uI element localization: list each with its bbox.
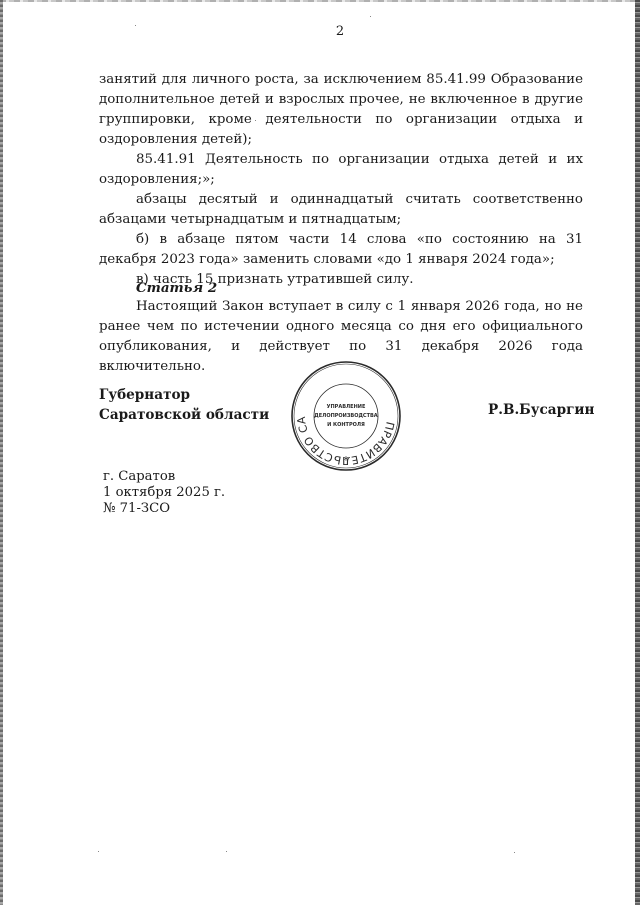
scan-edge-top (0, 0, 640, 2)
seal-star-icon: * (343, 454, 349, 467)
signatory-position: Губернатор Саратовской области (99, 385, 269, 425)
signatory-region: Саратовской области (99, 405, 269, 425)
scan-speck (514, 852, 515, 853)
seal-center-line3: И КОНТРОЛЯ (327, 422, 365, 428)
seal-icon: ПРАВИТЕЛЬСТВО САРАТОВСКОЙ ОБЛАСТИ УПРАВЛ… (290, 360, 402, 472)
scan-edge-right (635, 0, 640, 905)
scan-speck (98, 851, 99, 852)
scan-edge-left (0, 0, 3, 905)
page-number: 2 (0, 24, 640, 39)
signatory-name: Р.В.Бусаргин (488, 402, 594, 418)
scan-speck (255, 120, 256, 121)
document-date: 1 октября 2025 г. (103, 485, 225, 501)
document-number: № 71-ЗСО (103, 501, 225, 517)
scan-speck (226, 851, 227, 852)
signatory-title: Губернатор (99, 385, 269, 405)
document-body: занятий для личного роста, за исключение… (99, 70, 583, 290)
scan-speck (135, 25, 136, 26)
paragraph-item-b: б) в абзаце пятом части 14 слова «по сос… (99, 230, 583, 270)
seal-center-line2: ДЕЛОПРОИЗВОДСТВА (314, 413, 378, 419)
document-place-date: г. Саратов 1 октября 2025 г. № 71-ЗСО (103, 469, 225, 517)
seal-center-line1: УПРАВЛЕНИЕ (327, 404, 366, 410)
paragraph-continuation: занятий для личного роста, за исключение… (99, 70, 583, 150)
scan-speck (370, 16, 371, 17)
city: г. Саратов (103, 469, 225, 485)
paragraph-renumbering: абзацы десятый и одиннадцатый считать со… (99, 190, 583, 230)
paragraph-okved-85-41-91: 85.41.91 Деятельность по организации отд… (99, 150, 583, 190)
article-title: Статья 2 (136, 280, 217, 296)
official-seal: ПРАВИТЕЛЬСТВО САРАТОВСКОЙ ОБЛАСТИ УПРАВЛ… (290, 360, 402, 472)
